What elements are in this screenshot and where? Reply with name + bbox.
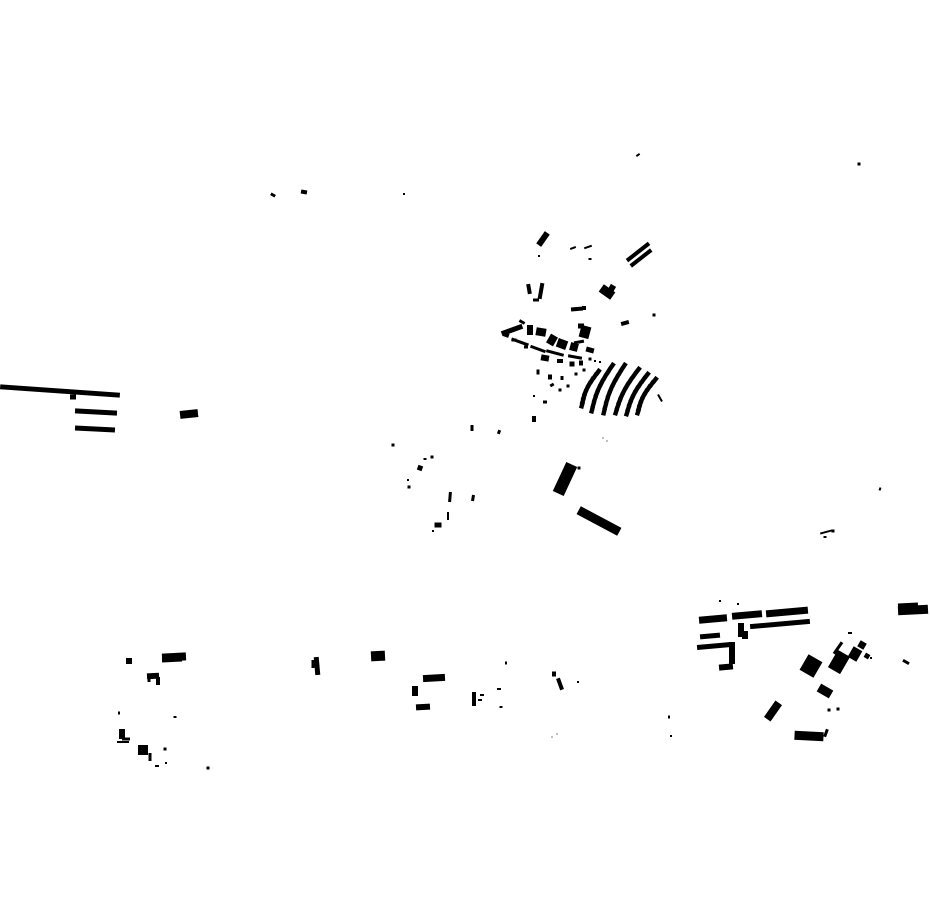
building-town-center <box>571 306 583 311</box>
figure-ground-map <box>0 0 930 924</box>
building-southwest-hamlet <box>138 745 148 755</box>
building-industrial-southeast <box>766 607 808 618</box>
building-south-scatter <box>412 686 418 696</box>
building-central-scatter <box>578 467 581 470</box>
building-south-scatter <box>497 688 501 690</box>
building-town-center <box>578 324 584 329</box>
building-west-bars <box>0 384 120 397</box>
building-south-scatter <box>312 660 315 668</box>
building-town-center <box>512 339 517 342</box>
building-central-scatter <box>577 506 622 536</box>
building-industrial-southeast <box>823 729 829 738</box>
building-south-scatter <box>371 651 386 662</box>
building-town-center <box>585 347 594 354</box>
building-north-scatter <box>832 530 835 533</box>
building-town-center <box>533 395 535 397</box>
building-west-bars <box>70 395 76 400</box>
building-north-scatter <box>403 193 405 195</box>
building-central-scatter <box>471 495 475 501</box>
building-central-scatter <box>392 444 395 447</box>
building-industrial-southeast <box>848 632 852 634</box>
building-town-center <box>583 369 586 372</box>
building-industrial-southeast <box>764 701 782 722</box>
building-industrial-southeast <box>729 642 735 664</box>
building-industrial-southeast <box>828 709 831 712</box>
building-industrial-southeast <box>742 631 748 639</box>
building-west-bars <box>180 409 199 419</box>
building-central-scatter <box>408 486 411 489</box>
building-south-scatter <box>480 694 484 696</box>
building-town-center <box>570 362 575 367</box>
building-south-scatter <box>670 735 672 737</box>
building-town-center <box>574 340 584 345</box>
building-north-scatter <box>824 536 827 538</box>
building-south-scatter <box>500 706 503 708</box>
building-north-scatter <box>879 487 882 491</box>
building-north-scatter <box>858 163 861 166</box>
building-town-center <box>548 375 552 380</box>
building-town-center <box>594 360 596 362</box>
building-industrial-southeast <box>817 684 834 699</box>
building-industrial-southeast <box>719 663 733 670</box>
building-southwest-hamlet <box>164 748 167 751</box>
building-south-scatter <box>556 678 564 691</box>
building-south-scatter <box>314 657 321 675</box>
building-industrial-southeast <box>794 731 823 742</box>
building-central-scatter <box>417 465 423 471</box>
building-town-center <box>536 231 550 247</box>
building-south-scatter <box>505 662 507 665</box>
building-town-center <box>561 376 564 380</box>
building-southwest-hamlet <box>122 738 130 741</box>
building-industrial-southeast <box>828 650 850 674</box>
building-town-center <box>541 354 550 361</box>
building-town-center <box>621 320 630 326</box>
building-town-center <box>568 354 582 359</box>
building-town-center <box>533 299 539 302</box>
building-town-center <box>599 361 601 363</box>
building-south-scatter <box>472 692 476 706</box>
building-town-center <box>557 359 563 363</box>
building-south-scatter <box>416 704 430 711</box>
building-south-scatter <box>552 672 556 677</box>
building-central-scatter <box>553 462 577 496</box>
building-town-center <box>556 338 568 350</box>
building-town-center <box>519 319 526 325</box>
building-industrial-southeast <box>864 653 871 660</box>
building-industrial-southeast <box>719 600 721 602</box>
building-southwest-hamlet <box>156 677 160 685</box>
building-town-center <box>567 385 570 388</box>
building-central-scatter <box>435 523 442 528</box>
building-southwest-hamlet <box>165 762 167 764</box>
building-north-scatter <box>270 192 276 197</box>
building-industrial-southeast <box>750 619 810 629</box>
building-south-scatter <box>557 734 558 735</box>
building-town-center <box>589 358 592 361</box>
building-industrial-southeast <box>848 646 863 661</box>
building-industrial-southeast <box>902 659 910 665</box>
building-central-scatter <box>424 458 427 460</box>
building-town-center <box>579 361 583 366</box>
building-town-center <box>570 246 576 250</box>
building-town-center <box>559 389 562 392</box>
building-town-center <box>543 401 547 404</box>
building-town-center <box>584 245 592 250</box>
building-southwest-hamlet <box>149 753 152 761</box>
building-town-center <box>550 383 555 388</box>
building-town-center <box>526 284 532 295</box>
building-southwest-hamlet <box>207 767 210 770</box>
building-town-center <box>538 283 545 299</box>
building-town-center <box>530 345 546 353</box>
building-south-scatter <box>668 716 670 719</box>
building-industrial-southeast <box>857 640 867 650</box>
building-north-scatter <box>636 153 640 157</box>
building-central-scatter <box>471 425 474 431</box>
building-southwest-hamlet <box>174 716 177 718</box>
building-north-scatter <box>301 190 308 195</box>
building-central-scatter <box>448 492 452 502</box>
building-industrial-southeast <box>732 610 762 620</box>
building-central-scatter <box>447 512 449 520</box>
building-north-scatter <box>820 529 832 534</box>
building-central-scatter <box>407 479 409 481</box>
building-west-bars <box>75 425 115 432</box>
building-industrial-southeast <box>800 654 823 678</box>
building-industrial-southeast <box>870 657 872 659</box>
building-southwest-hamlet <box>126 658 132 664</box>
building-town-center <box>546 334 558 347</box>
building-town-center <box>527 325 533 335</box>
building-south-scatter <box>423 674 445 682</box>
building-town-center <box>582 306 586 310</box>
building-town-center <box>535 327 546 337</box>
building-south-scatter <box>577 681 579 683</box>
building-town-center <box>532 416 536 422</box>
building-industrial-southeast <box>737 603 739 605</box>
building-town-center <box>537 370 540 375</box>
building-town-center <box>653 314 656 317</box>
building-footprints <box>0 153 928 769</box>
building-industrial-southeast <box>837 708 840 711</box>
building-town-center <box>524 346 528 349</box>
building-southwest-hamlet <box>118 712 120 715</box>
building-south-scatter <box>478 699 482 701</box>
building-central-scatter <box>497 430 501 435</box>
building-town-center <box>575 373 578 376</box>
building-central-scatter <box>431 456 434 459</box>
building-industrial-southeast <box>700 633 720 640</box>
building-industrial-southeast <box>898 602 918 609</box>
building-central-scatter <box>657 394 663 402</box>
building-industrial-southeast <box>697 642 731 650</box>
building-south-scatter <box>552 737 553 738</box>
building-town-center <box>589 258 592 260</box>
building-southwest-hamlet <box>148 676 151 682</box>
building-central-scatter <box>432 530 434 532</box>
building-central-scatter <box>607 441 608 442</box>
building-west-bars <box>75 408 117 415</box>
building-central-scatter <box>603 438 604 439</box>
building-southwest-hamlet <box>155 765 159 767</box>
building-town-center <box>538 255 540 257</box>
building-southwest-hamlet <box>117 741 129 743</box>
building-industrial-southeast <box>699 614 728 623</box>
